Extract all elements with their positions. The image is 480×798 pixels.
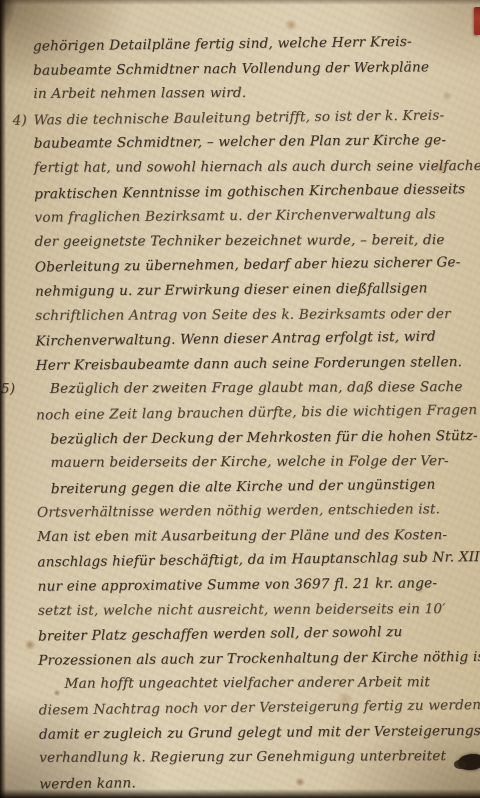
manuscript-line-text: damit er zugleich zu Grund gelegt und mi… [39, 722, 480, 742]
manuscript-line-text: vom fraglichen Bezirksamt u. der Kirchen… [34, 206, 435, 226]
manuscript-line: werden kann. [3, 767, 477, 797]
manuscript-line: nehmigung u. zur Erwirkung dieser einen … [0, 276, 473, 305]
manuscript-line-text: Prozessionen als auch zur Trockenhaltung… [38, 649, 480, 669]
manuscript-line-text: schriftlichen Antrag von Seite des k. Be… [35, 306, 451, 324]
paragraph-number-marker: 5) [1, 377, 15, 402]
manuscript-line-text: verhandlung k. Regierung zur Genehmigung… [39, 748, 446, 766]
manuscript-line-text: baubeamte Schmidtner nach Vollendung der… [33, 59, 429, 78]
manuscript-line: damit er zugleich zu Grund gelegt und mi… [3, 719, 477, 748]
manuscript-line-text: der geeignetste Techniker bezeichnet wur… [35, 232, 445, 250]
manuscript-line: vom fraglichen Bezirksamt u. der Kirchen… [0, 202, 472, 231]
manuscript-line: baubeamte Schmidtner nach Vollendung der… [0, 55, 471, 84]
manuscript-line: verhandlung k. Regierung zur Genehmigung… [3, 744, 477, 771]
manuscript-line-text: Bezüglich der zweiten Frage glaubt man, … [50, 379, 463, 397]
manuscript-line-text: praktischen Kenntnisse im gothischen Kir… [34, 181, 465, 202]
manuscript-line-text: Herr Kreisbaubeamte dann auch seine Ford… [36, 354, 463, 374]
manuscript-line: nur eine approximative Summe von 3697 fl… [2, 571, 476, 600]
manuscript-line-text: breiterung gegen die alte Kirche und der… [51, 476, 436, 497]
manuscript-line-text: Was die technische Bauleitung betrifft, … [33, 107, 444, 128]
manuscript-line-text: Oberleitung zu übernehmen, bedarf aber h… [35, 255, 461, 276]
manuscript-line: baubeamte Schmidtner, – welcher den Plan… [0, 128, 472, 157]
manuscript-line-text: bezüglich der Deckung der Mehrkosten für… [50, 427, 478, 447]
manuscript-line-text: nur eine approximative Summe von 3697 fl… [38, 575, 438, 594]
manuscript-text-block: gehörigen Detailpläne fertig sind, welch… [0, 4, 477, 797]
book-edge-red-mark [474, 7, 480, 35]
paragraph-number-marker: 4) [12, 108, 27, 133]
manuscript-line-text: fertigt hat, und sowohl hiernach als auc… [34, 158, 480, 176]
manuscript-line-text: mauern beiderseits der Kirche, welche in… [51, 453, 449, 471]
manuscript-line: 5)Bezüglich der zweiten Frage glaubt man… [0, 375, 474, 402]
manuscript-line-text: Man hofft ungeachtet vielfacher anderer … [64, 675, 430, 693]
ink-blot-spot [454, 760, 466, 769]
ink-blot [450, 750, 480, 776]
manuscript-line-text: noch eine Zeit lang brauchen dürfte, bis… [36, 402, 477, 423]
manuscript-line: Herr Kreisbaubeamte dann auch seine Ford… [0, 350, 474, 379]
manuscript-line-text: anschlags hiefür beschäftigt, da im Haup… [37, 550, 480, 571]
manuscript-line-text: baubeamte Schmidtner, – welcher den Plan… [34, 133, 446, 153]
manuscript-line-text: nehmigung u. zur Erwirkung dieser einen … [35, 280, 428, 299]
manuscript-line: in Arbeit nehmen lassen wird. [0, 80, 471, 107]
manuscript-line-text: breiter Platz geschaffen werden soll, de… [38, 624, 403, 644]
manuscript-line-text: Man ist eben mit Ausarbeitung der Pläne … [37, 527, 447, 545]
manuscript-line: mauern beiderseits der Kirche, welche in… [0, 449, 474, 476]
manuscript-line: fertigt hat, und sowohl hiernach als auc… [0, 154, 472, 181]
manuscript-line-text: diesem Nachtrag noch vor der Versteigeru… [39, 697, 480, 718]
manuscript-line-text: gehörigen Detailpläne fertig sind, welch… [33, 34, 412, 55]
manuscript-page-photo: gehörigen Detailpläne fertig sind, welch… [0, 0, 480, 798]
manuscript-line-text: Ortsverhältnisse werden nöthig werden, e… [37, 502, 440, 522]
manuscript-line: bezüglich der Deckung der Mehrkosten für… [0, 423, 474, 452]
manuscript-line-text: in Arbeit nehmen lassen wird. [33, 85, 246, 102]
manuscript-line: Ortsverhältnisse werden nöthig werden, e… [1, 497, 475, 526]
manuscript-line-text: werden kann. [39, 775, 136, 792]
manuscript-line-text: setzt ist, welche nicht ausreicht, wenn … [38, 601, 446, 619]
manuscript-line: Prozessionen als auch zur Trockenhaltung… [2, 645, 476, 674]
manuscript-line-text: Kirchenverwaltung. Wenn dieser Antrag er… [35, 329, 436, 350]
